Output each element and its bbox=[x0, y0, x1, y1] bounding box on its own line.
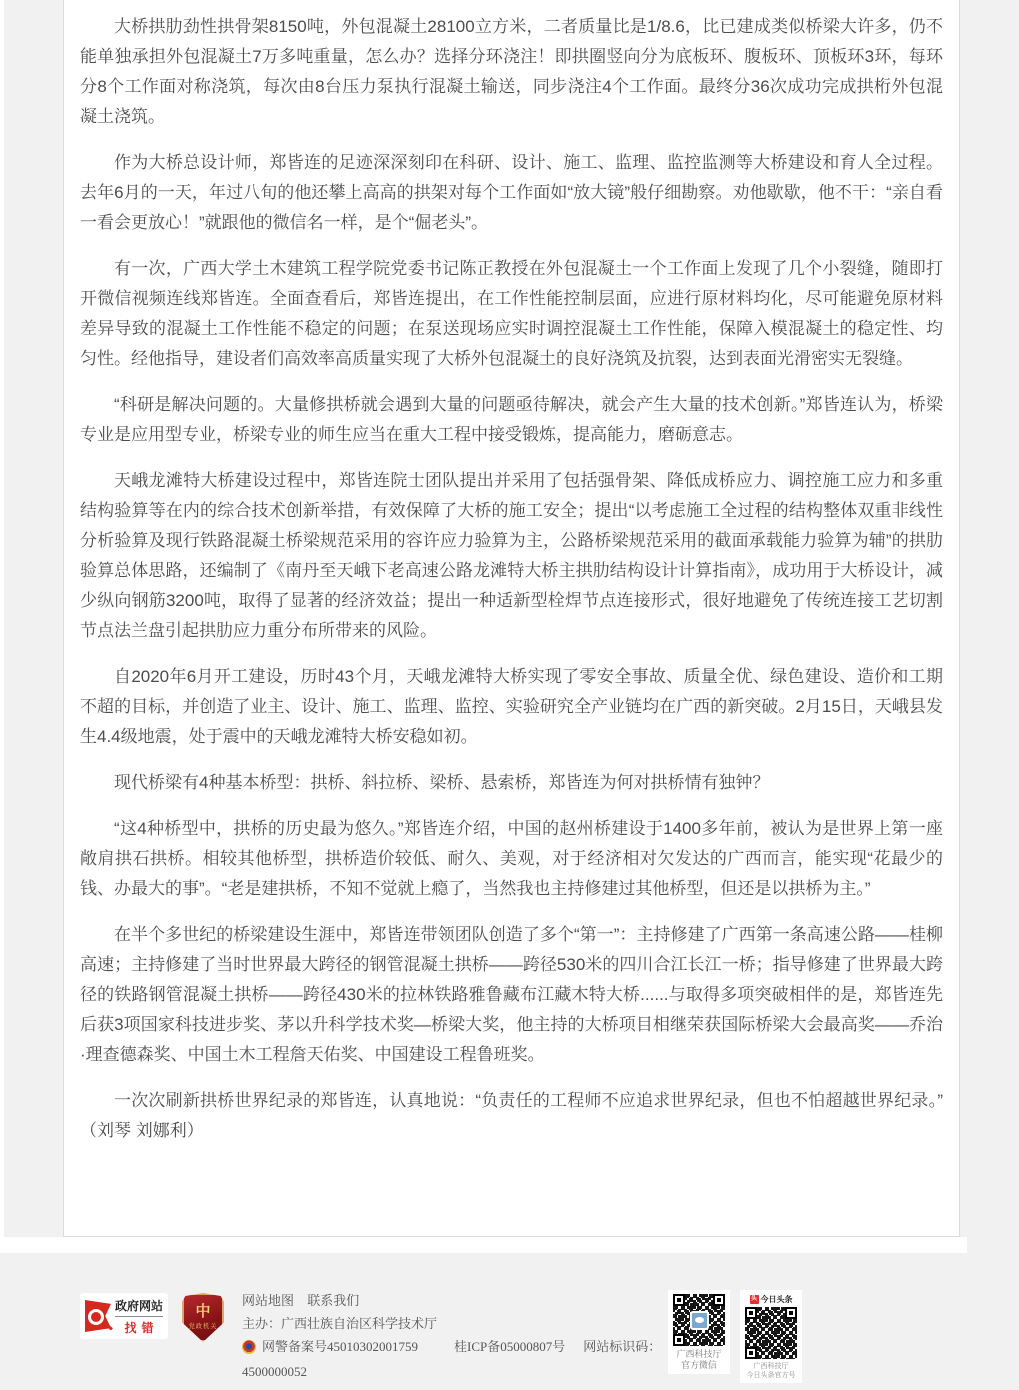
toutiao-qr-caption-line2: 今日头条官方号 bbox=[744, 1371, 798, 1380]
party-gov-shield-badge[interactable]: 中 党政机关 bbox=[182, 1293, 224, 1342]
sitemap-link[interactable]: 网站地图 bbox=[242, 1293, 294, 1308]
icp-number: 桂ICP备05000807号 bbox=[454, 1339, 565, 1355]
wechat-qr-caption-line2: 官方微信 bbox=[672, 1360, 726, 1371]
error-badge-title: 政府网站 bbox=[115, 1297, 163, 1317]
article-content: 大桥拱肋劲性拱骨架8150吨，外包混凝土28100立方米，二者质量比是1/8.6… bbox=[63, 0, 960, 1237]
article-paragraph: 自2020年6月开工建设，历时43个月，天峨龙滩特大桥实现了零安全事故、质量全优… bbox=[80, 662, 943, 752]
wechat-icon bbox=[690, 1311, 709, 1330]
qr-finder-icon bbox=[745, 1347, 757, 1359]
article-paragraph: “科研是解决问题的。大量修拱桥就会遇到大量的问题亟待解决，就会产生大量的技术创新… bbox=[80, 390, 943, 450]
magnifier-handle-icon bbox=[104, 1322, 113, 1330]
article-body: 大桥拱肋劲性拱骨架8150吨，外包混凝土28100立方米，二者质量比是1/8.6… bbox=[80, 12, 943, 1146]
qr-finder-icon bbox=[785, 1307, 797, 1319]
article-paragraph: 一次次刷新拱桥世界纪录的郑皆连，认真地说：“负责任的工程师不应追求世界纪录，但也… bbox=[80, 1086, 943, 1146]
article-paragraph: 天峨龙滩特大桥建设过程中，郑皆连院士团队提出并采用了包括强骨架、降低成桥应力、调… bbox=[80, 466, 943, 646]
error-badge-subtitle: 找错 bbox=[115, 1319, 163, 1336]
article-paragraph: 在半个多世纪的桥梁建设生涯中，郑皆连带领团队创造了多个“第一”：主持修建了广西第… bbox=[80, 920, 943, 1070]
gov-site-error-report-badge[interactable]: 政府网站 找错 bbox=[80, 1293, 168, 1339]
article-paragraph: “这4种桥型中，拱桥的历史最为悠久。”郑皆连介绍，中国的赵州桥建设于1400多年… bbox=[80, 814, 943, 904]
qr-finder-icon bbox=[673, 1334, 685, 1346]
article-paragraph: 作为大桥总设计师，郑皆连的足迹深深刻印在科研、设计、施工、监理、监控监测等大桥建… bbox=[80, 148, 943, 238]
article-paragraph: 有一次，广西大学土木建筑工程学院党委书记陈正教授在外包混凝土一个工作面上发现了几… bbox=[80, 254, 943, 374]
shield-emblem-icon: 中 bbox=[195, 1304, 210, 1319]
police-record-number: 网警备案号45010302001759 bbox=[262, 1339, 418, 1355]
qr-finder-icon bbox=[745, 1307, 757, 1319]
page-left-strip bbox=[0, 0, 4, 1253]
qr-finder-icon bbox=[673, 1294, 685, 1306]
toutiao-qr-caption-line1: 广西科技厅 bbox=[744, 1362, 798, 1371]
article-paragraph: 现代桥梁有4种基本桥型：拱桥、斜拉桥、梁桥、悬索桥，郑皆连为何对拱桥情有独钟？ bbox=[80, 768, 943, 798]
toutiao-qr-card: 头 今日头条 广西科技厅 今日头条官方号 bbox=[740, 1290, 802, 1383]
toutiao-logo-icon: 头 bbox=[750, 1295, 759, 1304]
police-badge-icon bbox=[242, 1340, 256, 1354]
toutiao-qr-title: 今日头条 bbox=[761, 1294, 793, 1305]
shield-badge-label: 党政机关 bbox=[189, 1322, 218, 1331]
article-paragraph: 大桥拱肋劲性拱骨架8150吨，外包混凝土28100立方米，二者质量比是1/8.6… bbox=[80, 12, 943, 132]
footer-info-block: 网站地图 联系我们 主办：广西壮族自治区科学技术厅 网警备案号450103020… bbox=[242, 1293, 661, 1387]
footer-links-row: 网站地图 联系我们 bbox=[242, 1293, 661, 1309]
toutiao-qr-code-image bbox=[745, 1307, 797, 1359]
content-bottom-band bbox=[0, 1237, 967, 1253]
wechat-qr-caption-line1: 广西科技厅 bbox=[672, 1349, 726, 1360]
site-code-label: 网站标识码： bbox=[583, 1339, 661, 1355]
record-line: 网警备案号45010302001759 桂ICP备05000807号 网站标识码… bbox=[242, 1339, 661, 1355]
qr-finder-icon bbox=[713, 1294, 725, 1306]
contact-link[interactable]: 联系我们 bbox=[307, 1293, 359, 1308]
site-code-value: 4500000052 bbox=[242, 1364, 661, 1380]
wechat-qr-code-image bbox=[673, 1294, 725, 1346]
sponsor-line: 主办：广西壮族自治区科学技术厅 bbox=[242, 1316, 661, 1332]
footer-qr-group: 广西科技厅 官方微信 头 今日头条 广西科技厅 今日头条官方号 bbox=[668, 1290, 802, 1383]
page-footer: 政府网站 找错 中 党政机关 网站地图 联系我们 主办：广西壮族自治区科学技术厅… bbox=[0, 1253, 1019, 1390]
wechat-qr-card: 广西科技厅 官方微信 bbox=[668, 1290, 730, 1374]
